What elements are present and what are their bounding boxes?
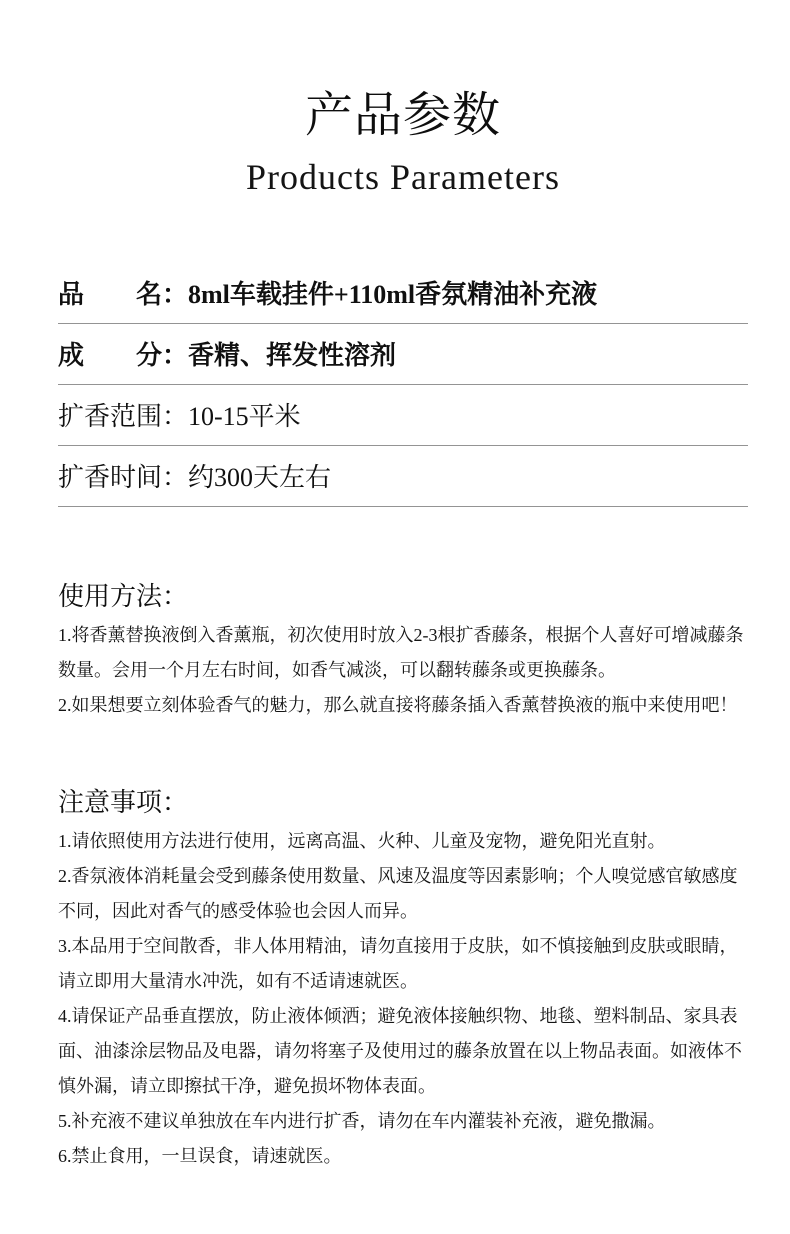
usage-section: 使用方法： 1.将香薰替换液倒入香薰瓶，初次使用时放入2-3根扩香藤条，根据个人…	[58, 581, 748, 723]
spec-label: 成分	[58, 335, 162, 372]
spec-colon: ：	[162, 274, 188, 311]
product-parameters-page: 产品参数 Products Parameters 品名 ： 8ml车载挂件+11…	[0, 0, 790, 1234]
spec-row-diffusion-duration: 扩香时间 ： 约300天左右	[58, 446, 748, 507]
spec-colon: ：	[162, 396, 188, 433]
notes-heading: 注意事项：	[58, 787, 748, 817]
spec-value: 约300天左右	[188, 457, 331, 494]
notes-item: 2.香氛液体消耗量会受到藤条使用数量、风速及温度等因素影响；个人嗅觉感官敏感度不…	[58, 859, 748, 929]
notes-item: 1.请依照使用方法进行使用，远离高温、火种、儿童及宠物，避免阳光直射。	[58, 824, 748, 859]
page-subtitle: Products Parameters	[58, 157, 748, 198]
notes-item: 3.本品用于空间散香，非人体用精油，请勿直接用于皮肤，如不慎接触到皮肤或眼睛，请…	[58, 929, 748, 999]
usage-list: 1.将香薰替换液倒入香薰瓶，初次使用时放入2-3根扩香藤条，根据个人喜好可增减藤…	[58, 618, 748, 723]
spec-label: 扩香时间	[58, 457, 162, 494]
spec-value: 10-15平米	[188, 396, 301, 433]
spec-row-diffusion-range: 扩香范围 ： 10-15平米	[58, 385, 748, 446]
spec-colon: ：	[162, 457, 188, 494]
spec-colon: ：	[162, 335, 188, 372]
notes-section: 注意事项： 1.请依照使用方法进行使用，远离高温、火种、儿童及宠物，避免阳光直射…	[58, 787, 748, 1174]
notes-item: 5.补充液不建议单独放在车内进行扩香，请勿在车内灌装补充液，避免撒漏。	[58, 1104, 748, 1139]
spec-label: 品名	[58, 274, 162, 311]
page-title: 产品参数	[58, 88, 748, 143]
spec-label: 扩香范围	[58, 396, 162, 433]
spec-value: 8ml车载挂件+110ml香氛精油补充液	[188, 274, 597, 311]
notes-item: 6.禁止食用，一旦误食，请速就医。	[58, 1139, 748, 1174]
notes-item: 4.请保证产品垂直摆放，防止液体倾洒；避免液体接触织物、地毯、塑料制品、家具表面…	[58, 999, 748, 1104]
usage-item: 2.如果想要立刻体验香气的魅力，那么就直接将藤条插入香薰替换液的瓶中来使用吧！	[58, 688, 748, 723]
usage-item: 1.将香薰替换液倒入香薰瓶，初次使用时放入2-3根扩香藤条，根据个人喜好可增减藤…	[58, 618, 748, 688]
spec-value: 香精、挥发性溶剂	[188, 335, 396, 372]
spec-row-ingredients: 成分 ： 香精、挥发性溶剂	[58, 324, 748, 385]
page-content: 产品参数 Products Parameters 品名 ： 8ml车载挂件+11…	[0, 0, 790, 1174]
notes-list: 1.请依照使用方法进行使用，远离高温、火种、儿童及宠物，避免阳光直射。 2.香氛…	[58, 824, 748, 1174]
spec-table: 品名 ： 8ml车载挂件+110ml香氛精油补充液 成分 ： 香精、挥发性溶剂 …	[58, 263, 748, 507]
usage-heading: 使用方法：	[58, 581, 748, 611]
spec-row-product-name: 品名 ： 8ml车载挂件+110ml香氛精油补充液	[58, 263, 748, 324]
page-header: 产品参数 Products Parameters	[58, 0, 748, 199]
